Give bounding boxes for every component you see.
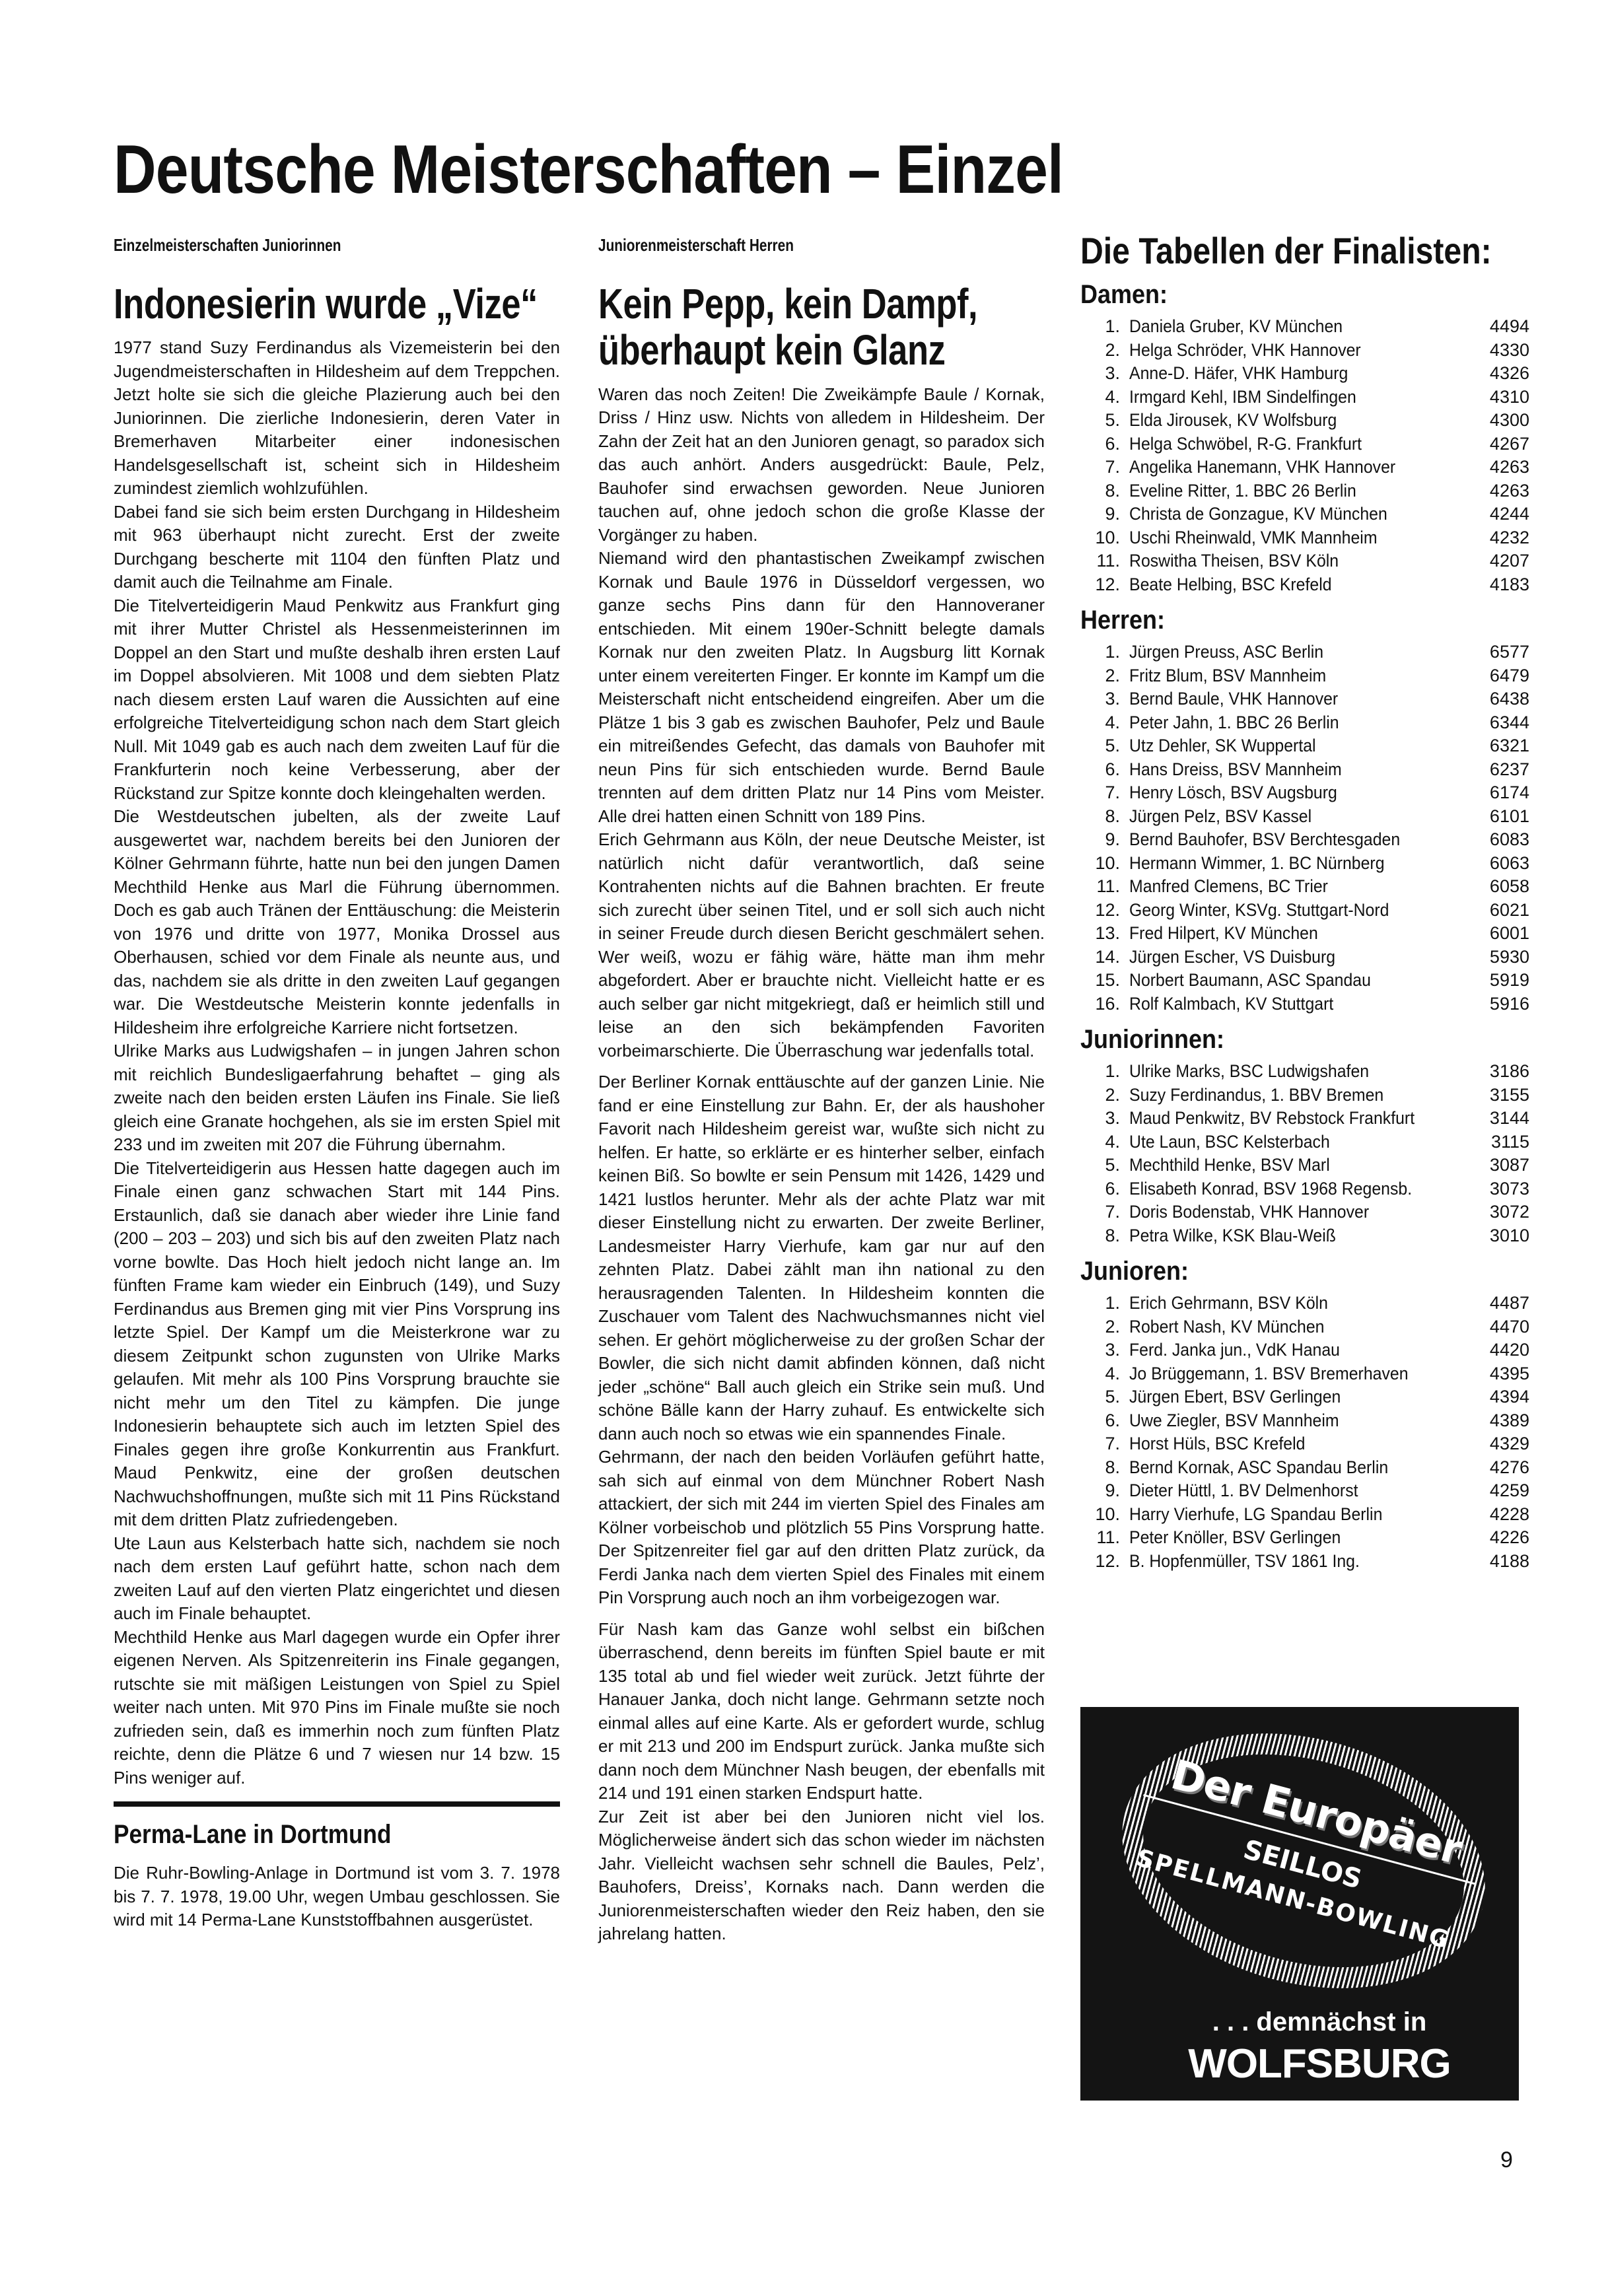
pin-score: 4263 <box>1470 479 1529 503</box>
player-name: Jürgen Escher, VS Duisburg <box>1129 946 1443 969</box>
rank-number: 10. <box>1080 852 1129 876</box>
table-row: 4.Peter Jahn, 1. BBC 26 Berlin6344 <box>1080 711 1529 735</box>
table-row: 10.Hermann Wimmer, 1. BC Nürnberg6063 <box>1080 852 1529 876</box>
left-article-body: 1977 stand Suzy Ferdinandus als Vizemeis… <box>114 336 560 1790</box>
pin-score: 6479 <box>1470 664 1529 688</box>
left-column: Einzelmeisterschaften Juniorinnen Indone… <box>114 235 560 1932</box>
table-row: 13.Fred Hilpert, KV München6001 <box>1080 922 1529 946</box>
pin-score: 4263 <box>1470 456 1529 479</box>
paragraph: Ute Laun aus Kelsterbach hatte sich, nac… <box>114 1532 560 1626</box>
table-row: 7.Henry Lösch, BSV Augsburg6174 <box>1080 781 1529 805</box>
pin-score: 4183 <box>1470 573 1529 597</box>
rank-number: 3. <box>1080 687 1129 711</box>
table-row: 10.Uschi Rheinwald, VMK Mannheim4232 <box>1080 526 1529 550</box>
table-row: 6.Uwe Ziegler, BSV Mannheim4389 <box>1080 1409 1529 1433</box>
pin-score: 4226 <box>1470 1526 1529 1550</box>
rank-number: 5. <box>1080 1385 1129 1409</box>
pin-score: 3073 <box>1470 1177 1529 1201</box>
left-article-headline: Indonesierin wurde „Vize“ <box>114 281 560 327</box>
ranking-list: 1.Ulrike Marks, BSC Ludwigshafen31862.Su… <box>1080 1060 1529 1247</box>
table-row: 2.Fritz Blum, BSV Mannheim6479 <box>1080 664 1529 688</box>
player-name: Jo Brüggemann, 1. BSV Bremerhaven <box>1129 1362 1443 1386</box>
pin-score: 4232 <box>1470 526 1529 550</box>
table-row: 5.Elda Jirousek, KV Wolfsburg4300 <box>1080 409 1529 433</box>
rank-number: 9. <box>1080 1479 1129 1503</box>
paragraph: Die Ruhr-Bowling-Anlage in Dortmund ist … <box>114 1861 560 1932</box>
rank-number: 1. <box>1080 1292 1129 1315</box>
table-row: 2.Suzy Ferdinandus, 1. BBV Bremen3155 <box>1080 1084 1529 1107</box>
pin-score: 4330 <box>1470 339 1529 363</box>
rank-number: 8. <box>1080 479 1129 503</box>
rank-number: 7. <box>1080 781 1129 805</box>
rank-number: 4. <box>1080 711 1129 735</box>
rank-number: 6. <box>1080 1409 1129 1433</box>
table-row: 5.Mechthild Henke, BSV Marl3087 <box>1080 1154 1529 1177</box>
rank-number: 6. <box>1080 433 1129 456</box>
pin-score: 4276 <box>1470 1456 1529 1480</box>
table-row: 6.Hans Dreiss, BSV Mannheim6237 <box>1080 758 1529 782</box>
pin-score: 4300 <box>1470 409 1529 433</box>
player-name: Elisabeth Konrad, BSV 1968 Regensb. <box>1129 1177 1443 1201</box>
player-name: Utz Dehler, SK Wuppertal <box>1129 734 1443 758</box>
table-row: 9.Christa de Gonzague, KV München4244 <box>1080 503 1529 526</box>
rank-number: 1. <box>1080 315 1129 339</box>
rank-number: 2. <box>1080 1315 1129 1339</box>
pin-score: 4494 <box>1470 315 1529 339</box>
pin-score: 4394 <box>1470 1385 1529 1409</box>
pin-score: 6174 <box>1470 781 1529 805</box>
rank-number: 7. <box>1080 1200 1129 1224</box>
player-name: Norbert Baumann, ASC Spandau <box>1129 969 1443 992</box>
group-title: Junioren: <box>1080 1257 1485 1286</box>
player-name: B. Hopfenmüller, TSV 1861 Ing. <box>1129 1550 1443 1574</box>
ranking-list: 1.Erich Gehrmann, BSV Köln44872.Robert N… <box>1080 1292 1529 1573</box>
rank-number: 11. <box>1080 875 1129 899</box>
player-name: Mechthild Henke, BSV Marl <box>1129 1154 1443 1177</box>
results-tables: Damen:1.Daniela Gruber, KV München44942.… <box>1080 280 1529 1573</box>
rank-number: 2. <box>1080 664 1129 688</box>
rank-number: 14. <box>1080 946 1129 969</box>
table-row: 11.Roswitha Theisen, BSV Köln4207 <box>1080 549 1529 573</box>
rank-number: 3. <box>1080 1339 1129 1362</box>
paragraph: Mechthild Henke aus Marl dagegen wurde e… <box>114 1626 560 1790</box>
table-row: 8.Jürgen Pelz, BSV Kassel6101 <box>1080 805 1529 829</box>
pin-score: 3186 <box>1470 1060 1529 1084</box>
news-item-body: Die Ruhr-Bowling-Anlage in Dortmund ist … <box>114 1861 560 1932</box>
pin-score: 4244 <box>1470 503 1529 526</box>
player-name: Hans Dreiss, BSV Mannheim <box>1129 758 1443 782</box>
page-number: 9 <box>1500 2147 1513 2173</box>
paragraph: Niemand wird den phantastischen Zweikamp… <box>598 547 1045 828</box>
pin-score: 4487 <box>1470 1292 1529 1315</box>
paragraph: Die Titelverteidigerin aus Hessen hatte … <box>114 1157 560 1532</box>
middle-article-headline: Kein Pepp, kein Dampf, überhaupt kein Gl… <box>598 281 1045 374</box>
rank-number: 8. <box>1080 1456 1129 1480</box>
table-row: 2.Helga Schröder, VHK Hannover4330 <box>1080 339 1529 363</box>
player-name: Bernd Baule, VHK Hannover <box>1129 687 1443 711</box>
player-name: Eveline Ritter, 1. BBC 26 Berlin <box>1129 479 1443 503</box>
table-row: 5.Jürgen Ebert, BSV Gerlingen4394 <box>1080 1385 1529 1409</box>
rank-number: 9. <box>1080 828 1129 852</box>
table-row: 10.Harry Vierhufe, LG Spandau Berlin4228 <box>1080 1503 1529 1527</box>
table-row: 5.Utz Dehler, SK Wuppertal6321 <box>1080 734 1529 758</box>
player-name: Harry Vierhufe, LG Spandau Berlin <box>1129 1503 1443 1527</box>
middle-article-kicker: Juniorenmeisterschaft Herren <box>598 235 956 256</box>
rank-number: 5. <box>1080 409 1129 433</box>
advert-box: Der Europäer SEILLOS SPELLMANN-BOWLING .… <box>1080 1707 1519 2101</box>
rank-number: 10. <box>1080 1503 1129 1527</box>
rank-number: 1. <box>1080 641 1129 664</box>
rank-number: 13. <box>1080 922 1129 946</box>
table-row: 8.Bernd Kornak, ASC Spandau Berlin4276 <box>1080 1456 1529 1480</box>
advert-city: WOLFSBURG <box>1080 2040 1519 2087</box>
rank-number: 16. <box>1080 992 1129 1016</box>
table-row: 12.Beate Helbing, BSC Krefeld4183 <box>1080 573 1529 597</box>
table-row: 4.Jo Brüggemann, 1. BSV Bremerhaven4395 <box>1080 1362 1529 1386</box>
table-row: 3.Anne-D. Häfer, VHK Hamburg4326 <box>1080 362 1529 386</box>
paragraph: Waren das noch Zeiten! Die Zweikämpfe Ba… <box>598 383 1045 547</box>
pin-score: 6083 <box>1470 828 1529 852</box>
pin-score: 3144 <box>1470 1107 1529 1131</box>
table-row: 12.B. Hopfenmüller, TSV 1861 Ing.4188 <box>1080 1550 1529 1574</box>
rank-number: 9. <box>1080 503 1129 526</box>
pin-score: 4310 <box>1470 386 1529 409</box>
player-name: Ulrike Marks, BSC Ludwigshafen <box>1129 1060 1443 1084</box>
rank-number: 4. <box>1080 1362 1129 1386</box>
pin-score: 4259 <box>1470 1479 1529 1503</box>
rank-number: 2. <box>1080 339 1129 363</box>
rank-number: 5. <box>1080 734 1129 758</box>
rank-number: 6. <box>1080 758 1129 782</box>
paragraph: Ulrike Marks aus Ludwigshafen – in junge… <box>114 1039 560 1157</box>
rank-number: 3. <box>1080 362 1129 386</box>
table-row: 14.Jürgen Escher, VS Duisburg5930 <box>1080 946 1529 969</box>
table-row: 3.Bernd Baule, VHK Hannover6438 <box>1080 687 1529 711</box>
player-name: Fritz Blum, BSV Mannheim <box>1129 664 1443 688</box>
pin-score: 6237 <box>1470 758 1529 782</box>
pin-score: 3087 <box>1470 1154 1529 1177</box>
player-name: Ute Laun, BSC Kelsterbach <box>1129 1131 1443 1154</box>
pin-score: 4188 <box>1470 1550 1529 1574</box>
table-row: 6.Helga Schwöbel, R-G. Frankfurt4267 <box>1080 433 1529 456</box>
group-title: Damen: <box>1080 280 1485 310</box>
player-name: Fred Hilpert, KV München <box>1129 922 1443 946</box>
table-row: 11.Peter Knöller, BSV Gerlingen4226 <box>1080 1526 1529 1550</box>
player-name: Erich Gehrmann, BSV Köln <box>1129 1292 1443 1315</box>
paragraph: Dabei fand sie sich beim ersten Durchgan… <box>114 501 560 594</box>
player-name: Suzy Ferdinandus, 1. BBV Bremen <box>1129 1084 1443 1107</box>
ranking-list: 1.Jürgen Preuss, ASC Berlin65772.Fritz B… <box>1080 641 1529 1016</box>
news-item-headline: Perma-Lane in Dortmund <box>114 1820 507 1850</box>
group-title: Herren: <box>1080 606 1485 635</box>
table-row: 3.Ferd. Janka jun., VdK Hanau4420 <box>1080 1339 1529 1362</box>
rank-number: 10. <box>1080 526 1129 550</box>
player-name: Robert Nash, KV München <box>1129 1315 1443 1339</box>
rank-number: 1. <box>1080 1060 1129 1084</box>
player-name: Bernd Bauhofer, BSV Berchtesgaden <box>1129 828 1443 852</box>
advert-logo: Der Europäer SEILLOS SPELLMANN-BOWLING <box>1094 1707 1514 2027</box>
table-row: 1.Daniela Gruber, KV München4494 <box>1080 315 1529 339</box>
table-row: 12.Georg Winter, KSVg. Stuttgart-Nord602… <box>1080 899 1529 922</box>
pin-score: 5919 <box>1470 969 1529 992</box>
pin-score: 4228 <box>1470 1503 1529 1527</box>
pin-score: 6101 <box>1470 805 1529 829</box>
player-name: Henry Lösch, BSV Augsburg <box>1129 781 1443 805</box>
player-name: Roswitha Theisen, BSV Köln <box>1129 549 1443 573</box>
rank-number: 2. <box>1080 1084 1129 1107</box>
table-row: 1.Erich Gehrmann, BSV Köln4487 <box>1080 1292 1529 1315</box>
player-name: Jürgen Preuss, ASC Berlin <box>1129 641 1443 664</box>
paragraph: Zur Zeit ist aber bei den Junioren nicht… <box>598 1805 1045 1946</box>
player-name: Petra Wilke, KSK Blau-Weiß <box>1129 1224 1443 1248</box>
pin-score: 4395 <box>1470 1362 1529 1386</box>
pin-score: 4470 <box>1470 1315 1529 1339</box>
table-row: 2.Robert Nash, KV München4470 <box>1080 1315 1529 1339</box>
right-column: Die Tabellen der Finalisten: Damen:1.Dan… <box>1080 235 1529 1573</box>
section-divider <box>114 1801 560 1807</box>
middle-article-body: Waren das noch Zeiten! Die Zweikämpfe Ba… <box>598 383 1045 1946</box>
table-row: 7.Horst Hüls, BSC Krefeld4329 <box>1080 1432 1529 1456</box>
rank-number: 6. <box>1080 1177 1129 1201</box>
paragraph: Für Nash kam das Ganze wohl selbst ein b… <box>598 1618 1045 1805</box>
pin-score: 6058 <box>1470 875 1529 899</box>
pin-score: 5930 <box>1470 946 1529 969</box>
player-name: Ferd. Janka jun., VdK Hanau <box>1129 1339 1443 1362</box>
rank-number: 12. <box>1080 573 1129 597</box>
pin-score: 4207 <box>1470 549 1529 573</box>
table-row: 7.Doris Bodenstab, VHK Hannover3072 <box>1080 1200 1529 1224</box>
rank-number: 12. <box>1080 1550 1129 1574</box>
rank-number: 4. <box>1080 1131 1129 1154</box>
pin-score: 4326 <box>1470 362 1529 386</box>
player-name: Jürgen Pelz, BSV Kassel <box>1129 805 1443 829</box>
table-row: 8.Petra Wilke, KSK Blau-Weiß3010 <box>1080 1224 1529 1248</box>
player-name: Georg Winter, KSVg. Stuttgart-Nord <box>1129 899 1443 922</box>
rank-number: 11. <box>1080 549 1129 573</box>
rank-number: 11. <box>1080 1526 1129 1550</box>
player-name: Angelika Hanemann, VHK Hannover <box>1129 456 1443 479</box>
player-name: Manfred Clemens, BC Trier <box>1129 875 1443 899</box>
table-row: 9.Bernd Bauhofer, BSV Berchtesgaden6083 <box>1080 828 1529 852</box>
rank-number: 8. <box>1080 1224 1129 1248</box>
table-row: 7.Angelika Hanemann, VHK Hannover4263 <box>1080 456 1529 479</box>
player-name: Bernd Kornak, ASC Spandau Berlin <box>1129 1456 1443 1480</box>
rank-number: 15. <box>1080 969 1129 992</box>
table-row: 1.Ulrike Marks, BSC Ludwigshafen3186 <box>1080 1060 1529 1084</box>
rank-number: 8. <box>1080 805 1129 829</box>
pin-score: 6001 <box>1470 922 1529 946</box>
player-name: Doris Bodenstab, VHK Hannover <box>1129 1200 1443 1224</box>
player-name: Peter Jahn, 1. BBC 26 Berlin <box>1129 711 1443 735</box>
rank-number: 5. <box>1080 1154 1129 1177</box>
pin-score: 4329 <box>1470 1432 1529 1456</box>
player-name: Uschi Rheinwald, VMK Mannheim <box>1129 526 1443 550</box>
player-name: Christa de Gonzague, KV München <box>1129 503 1443 526</box>
player-name: Helga Schröder, VHK Hannover <box>1129 339 1443 363</box>
player-name: Helga Schwöbel, R-G. Frankfurt <box>1129 433 1443 456</box>
pin-score: 3072 <box>1470 1200 1529 1224</box>
table-row: 6.Elisabeth Konrad, BSV 1968 Regensb.307… <box>1080 1177 1529 1201</box>
pin-score: 6021 <box>1470 899 1529 922</box>
paragraph: 1977 stand Suzy Ferdinandus als Vizemeis… <box>114 336 560 501</box>
paragraph: Gehrmann, der nach den beiden Vorläufen … <box>598 1445 1045 1610</box>
pin-score: 6321 <box>1470 734 1529 758</box>
paragraph: Erich Gehrmann aus Köln, der neue Deutsc… <box>598 828 1045 1062</box>
rank-number: 12. <box>1080 899 1129 922</box>
table-row: 4.Irmgard Kehl, IBM Sindelfingen4310 <box>1080 386 1529 409</box>
ranking-list: 1.Daniela Gruber, KV München44942.Helga … <box>1080 315 1529 596</box>
table-row: 4.Ute Laun, BSC Kelsterbach3115 <box>1080 1131 1529 1154</box>
player-name: Dieter Hüttl, 1. BV Delmenhorst <box>1129 1479 1443 1503</box>
pin-score: 4420 <box>1470 1339 1529 1362</box>
player-name: Elda Jirousek, KV Wolfsburg <box>1129 409 1443 433</box>
player-name: Beate Helbing, BSC Krefeld <box>1129 573 1443 597</box>
player-name: Jürgen Ebert, BSV Gerlingen <box>1129 1385 1443 1409</box>
table-row: 11.Manfred Clemens, BC Trier6058 <box>1080 875 1529 899</box>
table-row: 16.Rolf Kalmbach, KV Stuttgart5916 <box>1080 992 1529 1016</box>
table-row: 15.Norbert Baumann, ASC Spandau5919 <box>1080 969 1529 992</box>
player-name: Irmgard Kehl, IBM Sindelfingen <box>1129 386 1443 409</box>
player-name: Hermann Wimmer, 1. BC Nürnberg <box>1129 852 1443 876</box>
player-name: Anne-D. Häfer, VHK Hamburg <box>1129 362 1443 386</box>
pin-score: 6344 <box>1470 711 1529 735</box>
player-name: Peter Knöller, BSV Gerlingen <box>1129 1526 1443 1550</box>
rank-number: 7. <box>1080 456 1129 479</box>
player-name: Daniela Gruber, KV München <box>1129 315 1443 339</box>
player-name: Rolf Kalmbach, KV Stuttgart <box>1129 992 1443 1016</box>
page-title: Deutsche Meisterschaften – Einzel <box>114 135 1063 204</box>
paragraph: Die Westdeutschen jubelten, als der zwei… <box>114 805 560 1039</box>
middle-column: Juniorenmeisterschaft Herren Kein Pepp, … <box>598 235 1045 1946</box>
table-row: 8.Eveline Ritter, 1. BBC 26 Berlin4263 <box>1080 479 1529 503</box>
table-row: 1.Jürgen Preuss, ASC Berlin6577 <box>1080 641 1529 664</box>
rank-number: 7. <box>1080 1432 1129 1456</box>
pin-score: 3010 <box>1470 1224 1529 1248</box>
tables-title: Die Tabellen der Finalisten: <box>1080 231 1544 271</box>
table-row: 9.Dieter Hüttl, 1. BV Delmenhorst4259 <box>1080 1479 1529 1503</box>
rank-number: 3. <box>1080 1107 1129 1131</box>
rank-number: 4. <box>1080 386 1129 409</box>
paragraph: Die Titelverteidigerin Maud Penkwitz aus… <box>114 594 560 806</box>
player-name: Horst Hüls, BSC Krefeld <box>1129 1432 1443 1456</box>
player-name: Uwe Ziegler, BSV Mannheim <box>1129 1409 1443 1433</box>
table-row: 3.Maud Penkwitz, BV Rebstock Frankfurt31… <box>1080 1107 1529 1131</box>
left-article-kicker: Einzelmeisterschaften Juniorinnen <box>114 235 471 256</box>
pin-score: 5916 <box>1470 992 1529 1016</box>
pin-score: 4267 <box>1470 433 1529 456</box>
advert-tagline: . . . demnächst in <box>1080 2007 1519 2037</box>
pin-score: 6577 <box>1470 641 1529 664</box>
pin-score: 6063 <box>1470 852 1529 876</box>
pin-score: 6438 <box>1470 687 1529 711</box>
player-name: Maud Penkwitz, BV Rebstock Frankfurt <box>1129 1107 1443 1131</box>
paragraph: Der Berliner Kornak enttäuschte auf der … <box>598 1070 1045 1445</box>
group-title: Juniorinnen: <box>1080 1025 1485 1055</box>
pin-score: 4389 <box>1470 1409 1529 1433</box>
pin-score: 3155 <box>1470 1084 1529 1107</box>
pin-score: 3115 <box>1470 1131 1529 1154</box>
